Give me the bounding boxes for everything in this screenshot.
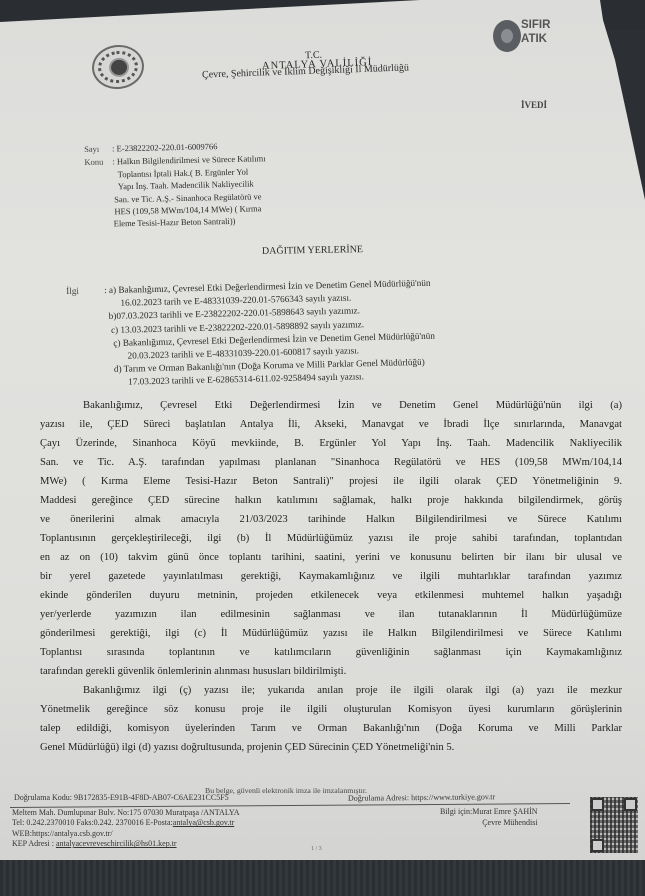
header-department: Çevre, Şehircilik ve İklim Değişikliği İ… <box>202 62 409 80</box>
logo-line-1: SIFIR <box>521 18 550 32</box>
verification-code: Doğrulama Kodu: 9B172835-E91B-4F8D-AB07-… <box>14 793 229 802</box>
photo-background-bottom <box>0 860 645 896</box>
document-page: T.C. ANTALYA VALİLİĞİ Çevre, Şehircilik … <box>0 0 645 896</box>
body-paragraph-2: Bakanlığımız ilgi (ç) yazısı ile; yukarı… <box>40 681 622 757</box>
ilgi-prefix: b) <box>109 311 117 321</box>
ilgi-prefix: ç) <box>113 338 120 348</box>
body-line: MWe) ( Kırma Eleme Tesisi-Hazır Beton Sa… <box>40 472 622 491</box>
tel-fax: Tel: 0.242.2370010 Faks:0.242. 2370016 E… <box>12 818 173 827</box>
meta-block: Sayı : E-23822202-220.01-6009766 Konu : … <box>84 139 267 231</box>
contact-person: Bilgi için:Murat Emre ŞAHİN <box>440 806 538 817</box>
ilgi-prefix: : a) <box>104 285 116 295</box>
logo-line-2: ATIK <box>521 32 550 46</box>
body-line: Çayı Üzerinde, Sinanhoca Köyü mevkiinde,… <box>40 434 622 453</box>
kep-label: KEP Adresi : <box>12 839 56 848</box>
kep-link[interactable]: antalyacevreveschircilik@hs01.kep.tr <box>56 839 177 848</box>
ilgi-prefix: c) <box>111 324 118 334</box>
zero-waste-logo-text: SIFIR ATIK <box>521 18 550 46</box>
ministry-emblem-icon <box>90 42 146 91</box>
ilgi-label: İlgi <box>66 284 106 390</box>
konu-value: : Halkın Bilgilendirilmesi ve Sürece Kat… <box>112 153 267 231</box>
esign-note: Bu belge, güvenli elektronik imza ile im… <box>205 786 367 795</box>
sayi-label: Sayı <box>84 142 112 155</box>
verification-address[interactable]: Doğrulama Adresi: https://www.turkiye.go… <box>348 792 495 803</box>
body-line: Maddesi gereğince ÇED sürecine halkın ka… <box>40 491 622 510</box>
konu-line: Eleme Tesisi-Hazır Beton Santrali)) <box>114 215 267 231</box>
body-line: tarafından gerekli güvenlik önlemlerinin… <box>40 662 622 681</box>
body-line: ekinde gönderilen duyuru metninin, proje… <box>40 586 622 605</box>
body-line: San. ve Tic. A.Ş. tarafından yapılması p… <box>40 453 622 472</box>
body-line: gönderilmesi gerektiği, ilgi (c) İl Müdü… <box>40 624 622 643</box>
letter-body: Bakanlığımız, Çevresel Etki Değerlendirm… <box>40 396 622 757</box>
web-link[interactable]: WEB:https://antalya.csb.gov.tr/ <box>12 829 240 839</box>
body-paragraph-1: Bakanlığımız, Çevresel Etki Değerlendirm… <box>40 396 622 681</box>
info-contact: Bilgi için:Murat Emre ŞAHİN Çevre Mühend… <box>440 806 538 828</box>
body-line: Bakanlığımız ilgi (ç) yazısı ile; yukarı… <box>40 681 622 700</box>
email-link[interactable]: antalya@csb.gov.tr <box>173 818 235 827</box>
body-line: en az on (10) takvim günü önce toplantı … <box>40 548 622 567</box>
urgency-label: İVEDİ <box>521 100 547 110</box>
zero-waste-logo-icon <box>493 20 521 52</box>
body-line: ve önerilerini almak amacıyla 21/03/2023… <box>40 510 622 529</box>
distribution-title: DAĞITIM YERLERİNE <box>262 244 363 257</box>
body-line: yazısı ile, ÇED Süreci başlatılan Antaly… <box>40 415 622 434</box>
body-line: yer/yerlerde yazımızın ilan edilmesinin … <box>40 605 622 624</box>
contact-title: Çevre Mühendisi <box>440 817 538 828</box>
qr-code-icon <box>590 797 638 853</box>
ilgi-prefix: d) <box>114 364 122 374</box>
contact-block: Meltem Mah. Dumlupınar Bulv. No:175 0703… <box>12 808 240 850</box>
kep-address: KEP Adresi : antalyacevreveschircilik@hs… <box>12 839 240 849</box>
page-number: 1 / 3 <box>311 846 322 852</box>
tel-fax-email: Tel: 0.242.2370010 Faks:0.242. 2370016 E… <box>12 818 240 828</box>
ilgi-items: : a) Bakanlığımız, Çevresel Etki Değerle… <box>104 277 436 390</box>
body-line: Genel Müdürlüğü) ilgi (d) yazısı doğrult… <box>40 738 622 757</box>
body-line: Toplantısının gerçekleştirileceği, ilgi … <box>40 529 622 548</box>
sayi-value: : E-23822202-220.01-6009766 <box>112 140 218 155</box>
body-line: bir yerel gazetede yayınlatılması gerekt… <box>40 567 622 586</box>
ilgi-block: İlgi : a) Bakanlığımız, Çevresel Etki De… <box>66 277 436 391</box>
body-line: Toplantısı sırasında toplantının ve katı… <box>40 643 622 662</box>
body-line: Yönetmelik gereğince söz konusu proje il… <box>40 700 622 719</box>
postal-address: Meltem Mah. Dumlupınar Bulv. No:175 0703… <box>12 808 240 818</box>
body-line: talep edildiği, komisyon üyelerinden Tar… <box>40 719 622 738</box>
body-line: Bakanlığımız, Çevresel Etki Değerlendirm… <box>40 396 622 415</box>
konu-label: Konu <box>84 156 114 231</box>
